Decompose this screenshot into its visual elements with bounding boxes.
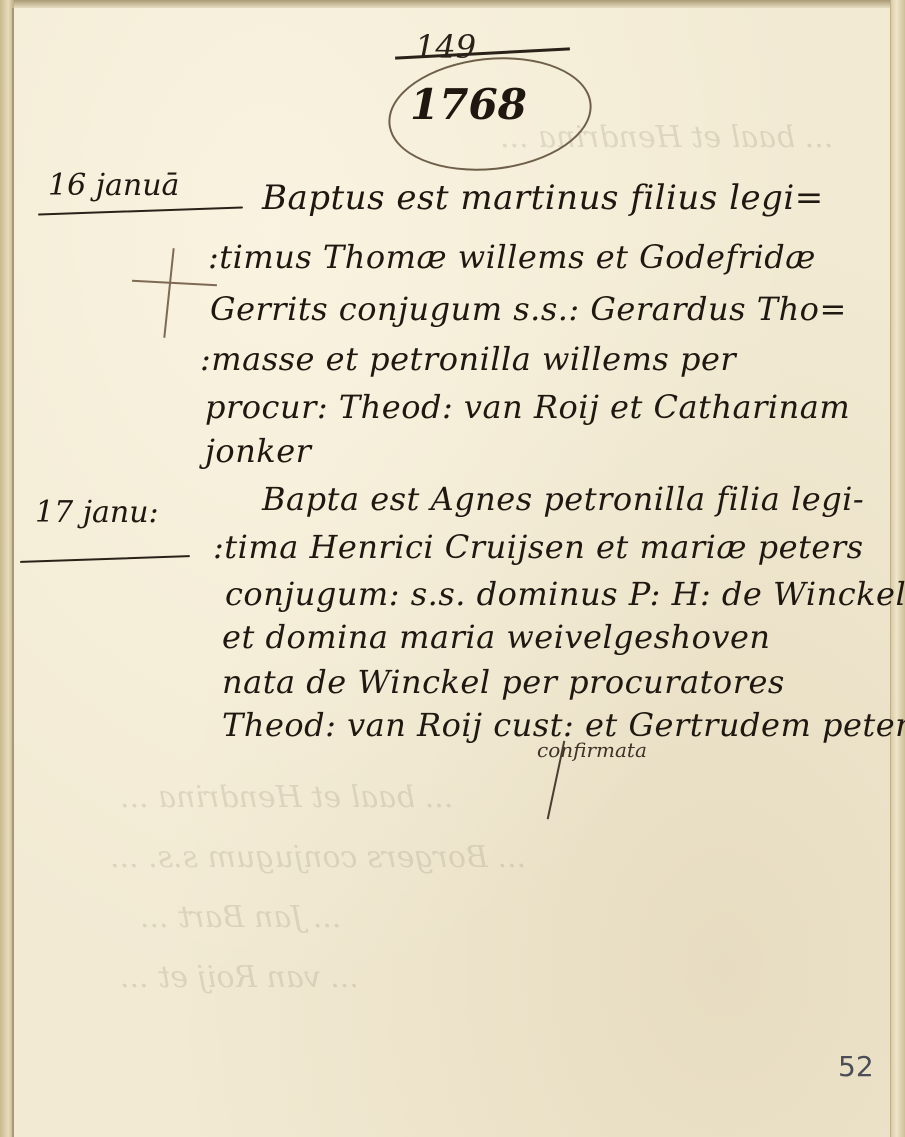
entry-line: Bapta est Agnes petronilla filia legi- bbox=[262, 480, 864, 518]
entry-line: jonker bbox=[205, 432, 311, 470]
page-left-border-line bbox=[12, 8, 14, 1137]
entry-date: 17 janu: bbox=[35, 495, 159, 530]
confirmata-annotation: confirmata bbox=[537, 738, 647, 762]
entry-line: Gerrits conjugum s.s.: Gerardus Tho= bbox=[210, 290, 847, 328]
page-top-edge bbox=[0, 0, 905, 8]
bleed-through-text: ... Borgers conjugum s.s. ... bbox=[110, 840, 526, 875]
entry-line: Baptus est martinus filius legi= bbox=[262, 178, 824, 218]
entry-line: :masse et petronilla willems per bbox=[200, 340, 736, 378]
bleed-through-text: ... Jan Bart ... bbox=[140, 900, 341, 935]
entry-line: conjugum: s.s. dominus P: H: de Winckel bbox=[225, 575, 905, 613]
year-heading: 1768 bbox=[410, 80, 527, 129]
folio-number: 52 bbox=[838, 1050, 874, 1083]
cross-mark-icon bbox=[163, 248, 174, 338]
manuscript-page: ... baal et Hendrina ... ... baal et Hen… bbox=[0, 0, 905, 1137]
cross-mark-icon bbox=[132, 280, 217, 286]
bleed-through-text: ... baal et Hendrina ... bbox=[120, 780, 453, 815]
entry-line: procur: Theod: van Roij et Catharinam bbox=[205, 388, 850, 426]
entry-line: :timus Thomæ willems et Godefridæ bbox=[208, 238, 816, 276]
page-right-edge bbox=[890, 0, 905, 1137]
date-underline bbox=[20, 555, 190, 563]
entry-line: :tima Henrici Cruijsen et mariæ peters bbox=[213, 528, 864, 566]
entry-line: nata de Winckel per procuratores bbox=[222, 663, 785, 701]
entry-date: 16 januā bbox=[48, 168, 179, 203]
date-underline bbox=[38, 206, 243, 215]
bleed-through-text: ... van Roij et ... bbox=[120, 960, 359, 995]
entry-line: et domina maria weivelgeshoven bbox=[222, 618, 771, 656]
